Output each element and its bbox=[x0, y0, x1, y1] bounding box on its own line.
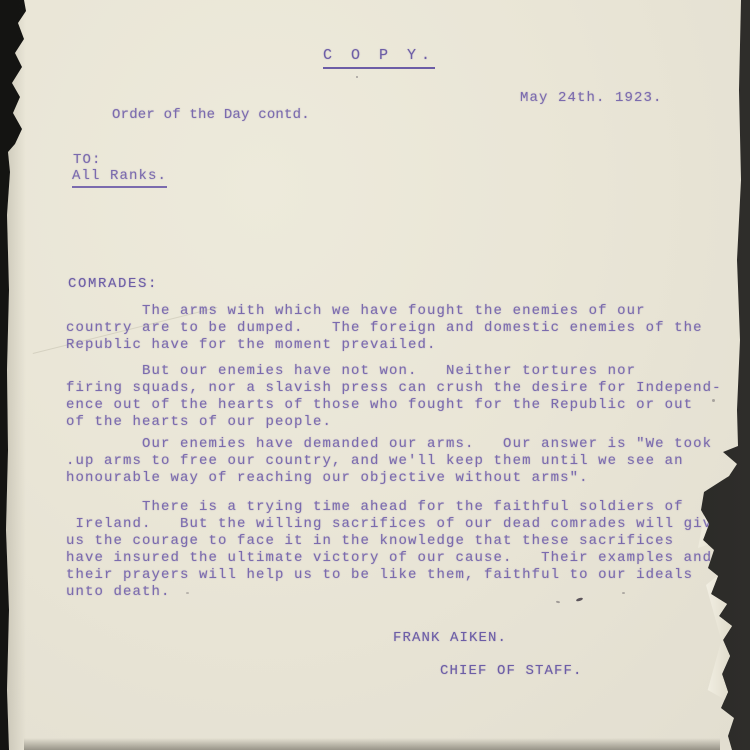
paragraph-line: honourable way of reaching our objective… bbox=[66, 470, 746, 487]
paragraph-line: us the courage to face it in the knowled… bbox=[66, 533, 746, 550]
paragraph-line: country are to be dumped. The foreign an… bbox=[66, 320, 746, 337]
paragraph-line: their prayers will help us to be like th… bbox=[66, 567, 746, 584]
paragraph: But our enemies have not won. Neither to… bbox=[66, 363, 746, 431]
signature-title: CHIEF OF STAFF. bbox=[440, 663, 583, 680]
paragraph-line: Ireland. But the willing sacrifices of o… bbox=[66, 516, 746, 533]
paragraph: There is a trying time ahead for the fai… bbox=[66, 499, 746, 601]
ink-speck bbox=[712, 399, 715, 402]
left-edge-shadow bbox=[0, 0, 26, 750]
salutation: COMRADES: bbox=[68, 276, 158, 293]
signature-name: FRANK AIKEN. bbox=[393, 630, 507, 647]
continuation-line: Order of the Day contd. bbox=[112, 107, 310, 124]
paragraph-line: firing squads, nor a slavish press can c… bbox=[66, 380, 746, 397]
paragraph-line: But our enemies have not won. Neither to… bbox=[66, 363, 746, 380]
recipient-line: All Ranks. bbox=[72, 168, 167, 188]
paragraph-line: There is a trying time ahead for the fai… bbox=[66, 499, 746, 516]
paragraph-line: Republic have for the moment prevailed. bbox=[66, 337, 746, 354]
paragraph-line: .up arms to free our country, and we'll … bbox=[66, 453, 746, 470]
ink-speck bbox=[622, 592, 625, 594]
scanned-document-view: { "colors": { "paper": "#e9e5d6", "ink":… bbox=[0, 0, 750, 750]
ink-speck bbox=[186, 592, 189, 594]
paragraph: The arms with which we have fought the e… bbox=[66, 303, 746, 354]
to-label: TO: bbox=[73, 152, 102, 169]
date-line: May 24th. 1923. bbox=[520, 90, 663, 107]
paragraph-line: The arms with which we have fought the e… bbox=[66, 303, 746, 320]
document-page: C O P Y. May 24th. 1923. Order of the Da… bbox=[0, 0, 750, 750]
ink-speck bbox=[356, 76, 358, 78]
paragraph-line: ence out of the hearts of those who foug… bbox=[66, 397, 746, 414]
ink-speck bbox=[576, 597, 584, 602]
ink-speck bbox=[556, 601, 560, 604]
copy-heading: C O P Y. bbox=[323, 47, 435, 69]
paragraph-line: of the hearts of our people. bbox=[66, 414, 746, 431]
paragraph-line: have insured the ultimate victory of our… bbox=[66, 550, 746, 567]
paragraph-line: unto death. bbox=[66, 584, 746, 601]
page-bottom-shadow bbox=[24, 738, 720, 750]
paragraph: Our enemies have demanded our arms. Our … bbox=[66, 436, 746, 487]
paragraph-line: Our enemies have demanded our arms. Our … bbox=[66, 436, 746, 453]
